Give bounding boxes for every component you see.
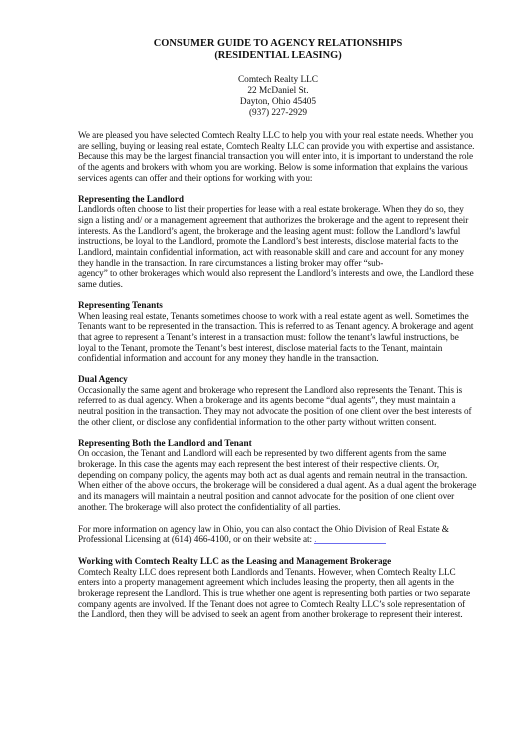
section-comtech-brokerage: Working with Comtech Realty LLC as the L… bbox=[78, 556, 478, 620]
section-body-continued: agency” to other brokerages which would … bbox=[78, 268, 478, 289]
company-address: Comtech Realty LLC 22 McDaniel St. Dayto… bbox=[78, 75, 478, 119]
section-heading: Working with Comtech Realty LLC as the L… bbox=[78, 556, 478, 567]
title-line-1: CONSUMER GUIDE TO AGENCY RELATIONSHIPS bbox=[154, 38, 402, 49]
website-link[interactable]: . bbox=[314, 534, 386, 544]
section-body: On occasion, the Tenant and Landlord wil… bbox=[78, 448, 478, 512]
company-phone: (937) 227-2929 bbox=[78, 108, 478, 119]
title-line-2: (RESIDENTIAL LEASING) bbox=[214, 50, 341, 61]
section-body: Landlords often choose to list their pro… bbox=[78, 204, 478, 268]
section-representing-landlord: Representing the Landlord Landlords ofte… bbox=[78, 194, 478, 290]
section-heading: Representing Both the Landlord and Tenan… bbox=[78, 438, 478, 449]
company-city: Dayton, Ohio 45405 bbox=[78, 97, 478, 108]
section-body: Occasionally the same agent and brokerag… bbox=[78, 385, 478, 428]
section-heading: Representing the Landlord bbox=[78, 194, 478, 205]
section-heading: Representing Tenants bbox=[78, 300, 478, 311]
intro-paragraph: We are pleased you have selected Comtech… bbox=[78, 130, 478, 184]
section-representing-tenants: Representing Tenants When leasing real e… bbox=[78, 300, 478, 364]
section-body: When leasing real estate, Tenants someti… bbox=[78, 311, 478, 365]
section-dual-agency: Dual Agency Occasionally the same agent … bbox=[78, 374, 478, 428]
more-info-paragraph: For more information on agency law in Oh… bbox=[78, 524, 478, 545]
section-heading: Dual Agency bbox=[78, 374, 478, 385]
company-street: 22 McDaniel St. bbox=[78, 86, 478, 97]
document-title: CONSUMER GUIDE TO AGENCY RELATIONSHIPS (… bbox=[78, 38, 478, 62]
document-page: CONSUMER GUIDE TO AGENCY RELATIONSHIPS (… bbox=[78, 38, 478, 620]
more-info-text: For more information on agency law in Oh… bbox=[78, 524, 449, 545]
company-name: Comtech Realty LLC bbox=[78, 75, 478, 86]
section-body: Comtech Realty LLC does represent both L… bbox=[78, 567, 478, 621]
section-representing-both: Representing Both the Landlord and Tenan… bbox=[78, 438, 478, 513]
more-info: For more information on agency law in Oh… bbox=[78, 524, 478, 545]
